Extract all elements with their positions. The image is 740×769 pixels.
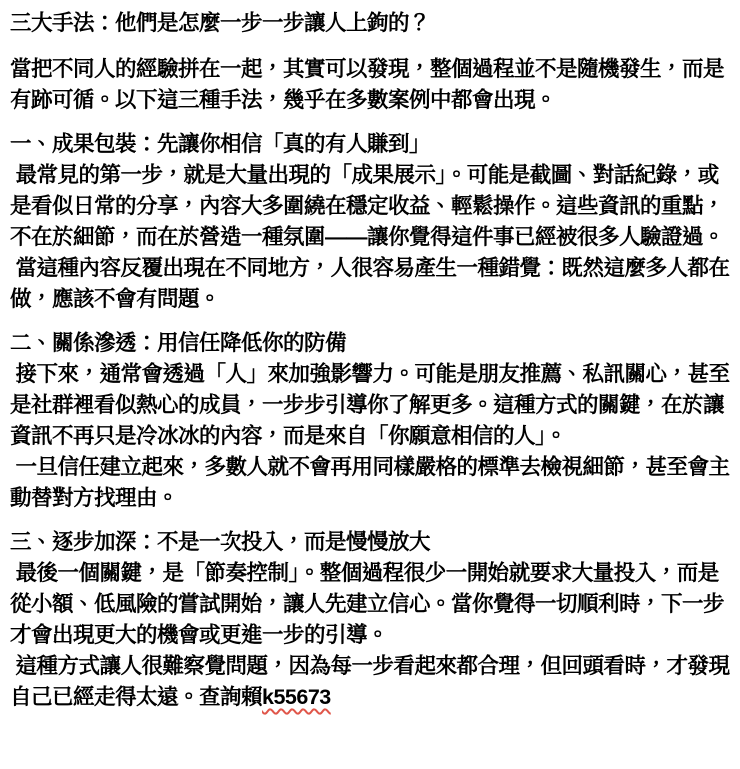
section-3-paragraph-2-text: 這種方式讓人很難察覺問題，因為每一步看起來都合理，但回頭看時，才發現自己已經走得…: [10, 654, 730, 709]
section-2-paragraph-1: 接下來，通常會透過「人」來加強影響力。可能是朋友推薦、私訊關心，甚至是社群裡看似…: [10, 359, 730, 452]
document-page: 三大手法：他們是怎麼一步一步讓人上鉤的？ 當把不同人的經驗拼在一起，其實可以發現…: [0, 0, 740, 713]
section-2-paragraph-2: 一旦信任建立起來，多數人就不會再用同樣嚴格的標準去檢視細節，甚至會主動替對方找理…: [10, 452, 730, 514]
intro-paragraph: 當把不同人的經驗拼在一起，其實可以發現，整個過程並不是隨機發生，而是有跡可循。以…: [10, 54, 730, 116]
page-title: 三大手法：他們是怎麼一步一步讓人上鉤的？: [10, 8, 730, 39]
section-gradual-deepening: 三、逐步加深：不是一次投入，而是慢慢放大 最後一個關鍵，是「節奏控制」。整個過程…: [10, 527, 730, 713]
section-3-paragraph-2: 這種方式讓人很難察覺問題，因為每一步看起來都合理，但回頭看時，才發現自己已經走得…: [10, 651, 730, 713]
spellcheck-flagged-contact-id: k55673: [262, 685, 331, 709]
section-3-heading: 三、逐步加深：不是一次投入，而是慢慢放大: [10, 527, 730, 558]
section-1-paragraph-1: 最常見的第一步，就是大量出現的「成果展示」。可能是截圖、對話紀錄，或是看似日常的…: [10, 160, 730, 253]
section-3-paragraph-1: 最後一個關鍵，是「節奏控制」。整個過程很少一開始就要求大量投入，而是從小額、低風…: [10, 558, 730, 651]
section-achievement-packaging: 一、成果包裝：先讓你相信「真的有人賺到」 最常見的第一步，就是大量出現的「成果展…: [10, 129, 730, 315]
section-relationship-infiltration: 二、關係滲透：用信任降低你的防備 接下來，通常會透過「人」來加強影響力。可能是朋…: [10, 328, 730, 514]
section-1-paragraph-2: 當這種內容反覆出現在不同地方，人很容易產生一種錯覺：既然這麼多人都在做，應該不會…: [10, 253, 730, 315]
section-1-heading: 一、成果包裝：先讓你相信「真的有人賺到」: [10, 129, 730, 160]
section-2-heading: 二、關係滲透：用信任降低你的防備: [10, 328, 730, 359]
